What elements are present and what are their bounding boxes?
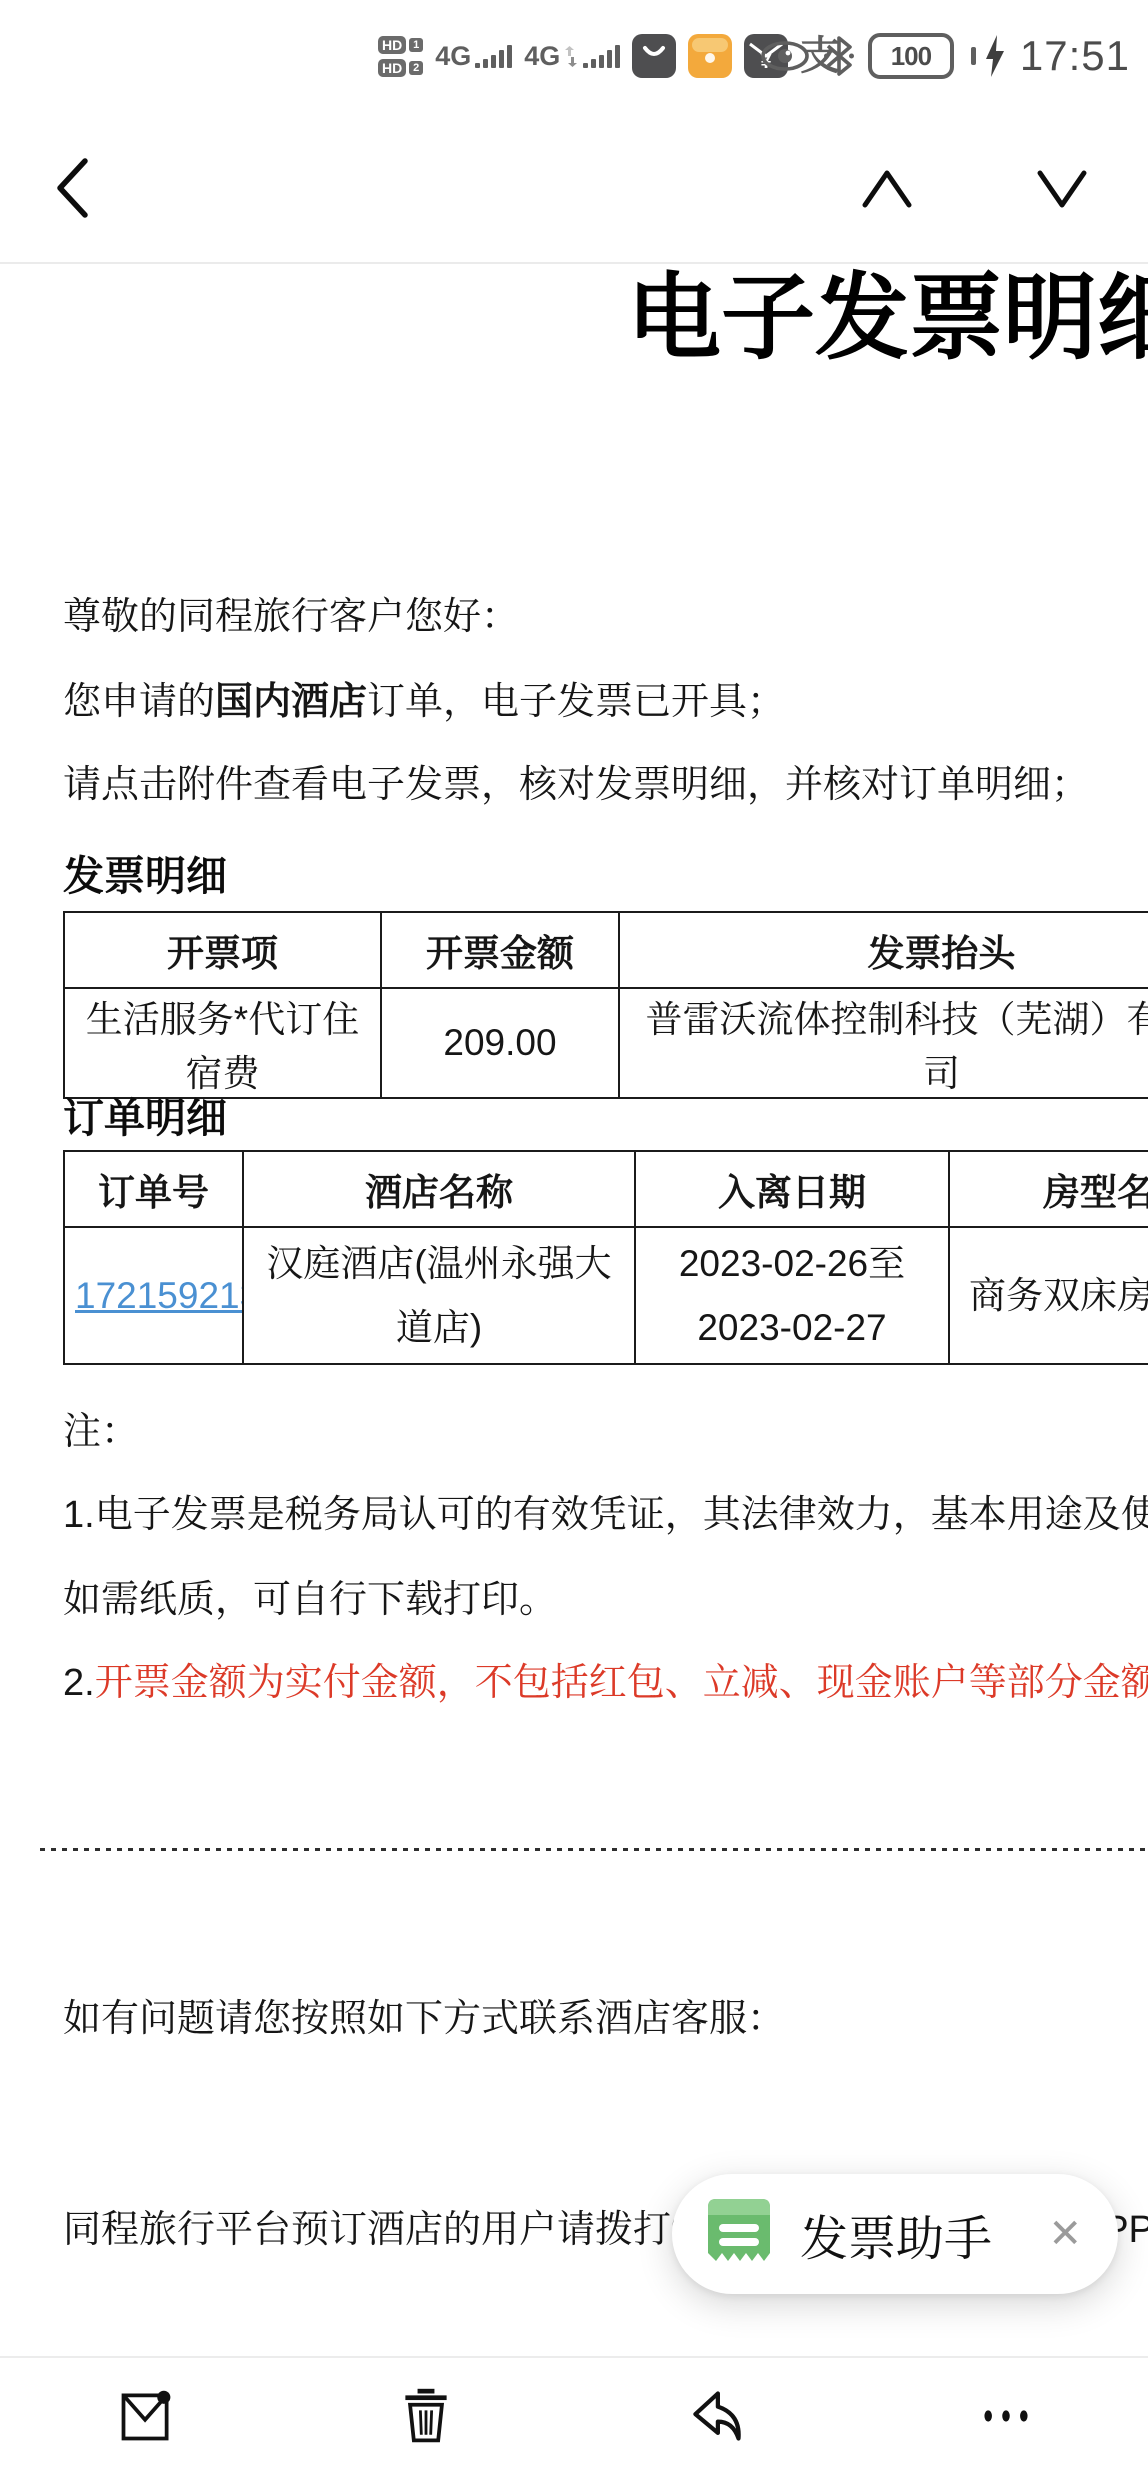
invoice-amount-cell: 209.00 — [381, 988, 619, 1098]
stay-dates-cell: 2023-02-26至2023-02-27 — [635, 1227, 949, 1364]
invoice-table-row: 生活服务*代订住宿费 209.00 普雷沃流体控制科技（芜湖）有限公司 — [64, 988, 1148, 1098]
email-title: 电子发票明细 — [627, 258, 1148, 378]
note-1: 1.电子发票是税务局认可的有效凭证，其法律效力，基本用途及使用规定同纸质发票 — [63, 1492, 1148, 1538]
apply-line: 您申请的国内酒店订单，电子发票已开具； — [63, 679, 785, 725]
previous-mail-button[interactable] — [858, 168, 916, 212]
next-mail-button[interactable] — [1033, 168, 1091, 212]
battery-terminal — [971, 47, 976, 65]
hd2-sim-number: 2 — [409, 61, 423, 75]
mail-toolbar — [0, 2356, 1148, 2492]
screen: HD 1 HD 2 4G 4G — [0, 0, 1148, 2492]
order-table-header-row: 订单号 酒店名称 入离日期 房型名称 — [64, 1151, 1148, 1227]
greeting-line: 尊敬的同程旅行客户您好： — [63, 594, 519, 640]
note-1b: 如需纸质，可自行下载打印。 — [63, 1577, 557, 1623]
back-button[interactable] — [48, 156, 96, 222]
more-dots-icon — [976, 2386, 1036, 2446]
sim2-network: 4G — [524, 44, 620, 68]
invoice-section-heading: 发票明细 — [63, 853, 227, 899]
invoice-item-cell: 生活服务*代订住宿费 — [64, 988, 381, 1098]
pill-close-button[interactable]: ✕ — [1048, 2214, 1082, 2254]
invoice-col-amount: 开票金额 — [381, 912, 619, 988]
hd2-badge: HD — [378, 59, 406, 77]
battery-icon: 100 — [868, 33, 954, 79]
invoice-col-title: 发票抬头 — [619, 912, 1148, 988]
status-bar: HD 1 HD 2 4G 4G — [0, 0, 1148, 112]
apply-suffix: 订单，电子发票已开具； — [367, 681, 785, 723]
notification-app-icon — [632, 34, 676, 78]
room-type-cell: 商务双床房-(预付) — [949, 1227, 1148, 1364]
dashed-divider — [40, 1848, 1148, 1851]
apply-order-type: 国内酒店 — [215, 681, 367, 723]
contact-line-1: 如有问题请您按照如下方式联系酒店客服： — [63, 1996, 785, 2042]
status-right-cluster: 100 17:51 — [760, 0, 1130, 112]
invoice-assistant-label: 发票助手 — [800, 2200, 992, 2269]
order-number-cell: 1721592132 — [64, 1227, 243, 1364]
order-section-heading: 订单明细 — [63, 1095, 227, 1141]
order-table: 订单号 酒店名称 入离日期 房型名称 1721592132 汉庭酒店(温州永强大… — [63, 1150, 1148, 1365]
order-col-number: 订单号 — [64, 1151, 243, 1227]
trash-icon — [396, 2386, 456, 2446]
invoice-table-header-row: 开票项 开票金额 发票抬头 — [64, 912, 1148, 988]
reply-arrow-icon — [686, 2386, 746, 2446]
order-table-row: 1721592132 汉庭酒店(温州永强大道店) 2023-02-26至2023… — [64, 1227, 1148, 1364]
sim2-4g-label: 4G — [524, 44, 560, 68]
data-updown-arrows-icon — [564, 46, 578, 67]
eye-comfort-icon — [760, 40, 810, 72]
order-number-link[interactable]: 1721592132 — [75, 1275, 243, 1316]
hd1-badge: HD — [378, 36, 406, 54]
bluetooth-icon — [824, 34, 854, 78]
delete-button[interactable] — [396, 2386, 456, 2446]
hd1-sim-number: 1 — [409, 38, 423, 52]
mail-unread-icon — [116, 2386, 176, 2446]
more-options-button[interactable] — [976, 2386, 1036, 2446]
mark-unread-button[interactable] — [116, 2386, 176, 2446]
invoice-col-item: 开票项 — [64, 912, 381, 988]
note-2-red-text: 开票金额为实付金额，不包括红包、立减、现金账户等部分金额 — [95, 1662, 1148, 1704]
charging-bolt-icon — [984, 35, 1006, 77]
hd-badges: HD 1 HD 2 — [378, 36, 423, 77]
apply-prefix: 您申请的 — [63, 681, 215, 723]
notes-label: 注： — [63, 1409, 139, 1455]
sim1-network: 4G — [435, 44, 512, 68]
order-col-hotel: 酒店名称 — [243, 1151, 635, 1227]
note-2: 2.开票金额为实付金额，不包括红包、立减、现金账户等部分金额。 — [63, 1660, 1148, 1706]
note-2-number: 2. — [63, 1662, 95, 1704]
battery-percent: 100 — [891, 41, 931, 72]
sim2-signal-icon — [583, 44, 620, 68]
reply-button[interactable] — [686, 2386, 746, 2446]
invoice-table: 开票项 开票金额 发票抬头 生活服务*代订住宿费 209.00 普雷沃流体控制科… — [63, 911, 1148, 1099]
wallet-app-icon — [688, 34, 732, 78]
sim1-4g-label: 4G — [435, 44, 471, 68]
receipt-icon — [704, 2195, 774, 2273]
invoice-assistant-pill[interactable]: 发票助手 ✕ — [672, 2174, 1118, 2294]
sim1-signal-icon — [475, 44, 512, 68]
mail-nav-bar — [0, 112, 1148, 262]
clock-time: 17:51 — [1020, 32, 1130, 80]
order-col-dates: 入离日期 — [635, 1151, 949, 1227]
hotel-name-cell: 汉庭酒店(温州永强大道店) — [243, 1227, 635, 1364]
attachment-line: 请点击附件查看电子发票，核对发票明细，并核对订单明细； — [63, 762, 1089, 808]
invoice-title-cell: 普雷沃流体控制科技（芜湖）有限公司 — [619, 988, 1148, 1098]
order-col-room: 房型名称 — [949, 1151, 1148, 1227]
